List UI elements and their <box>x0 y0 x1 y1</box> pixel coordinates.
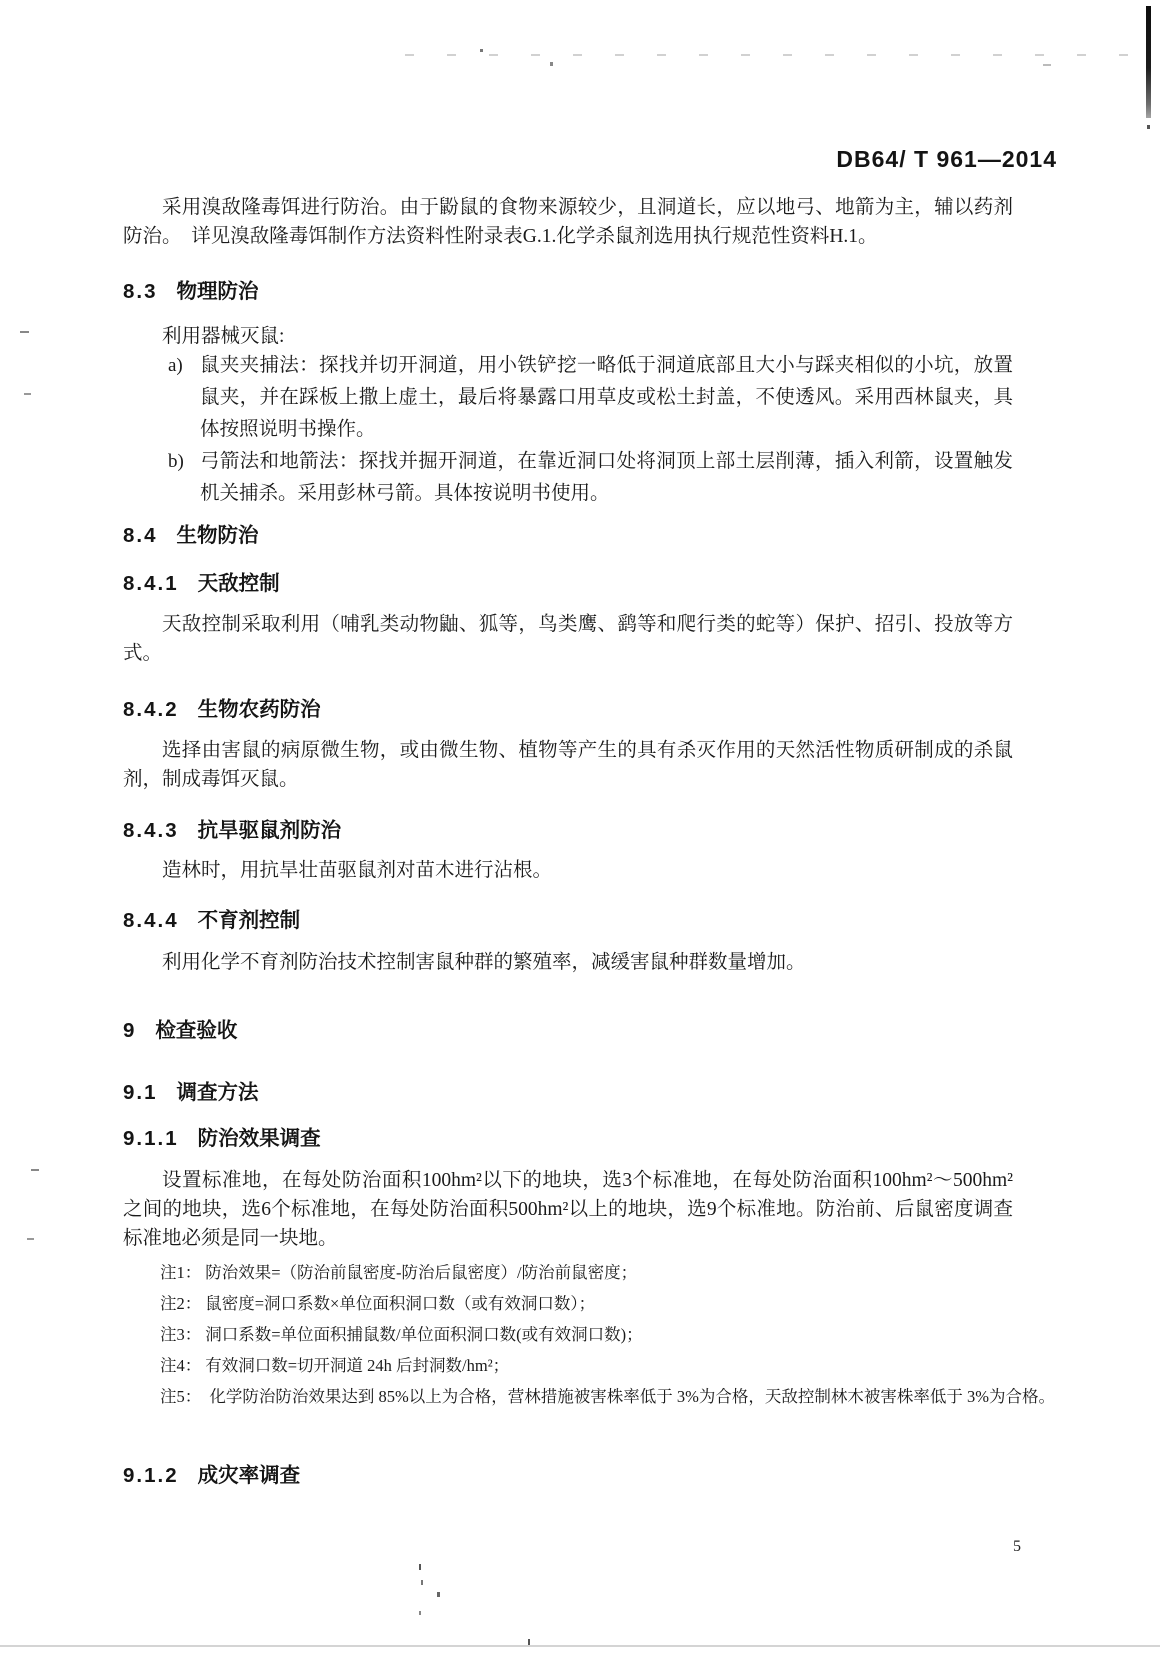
scan-speck <box>419 1611 421 1615</box>
scan-speck <box>1147 125 1150 129</box>
note-label: 注1： <box>160 1263 201 1282</box>
scan-speck <box>528 1639 530 1645</box>
heading-title: 调查方法 <box>177 1081 259 1104</box>
heading-number: 8.4.3 <box>123 819 179 842</box>
scan-speck <box>20 331 29 333</box>
scan-dashed-line <box>405 54 1147 56</box>
paragraph-mechanical-lead: 利用器械灭鼠: <box>123 322 1013 351</box>
section-heading-8-4-2: 8.4.2生物农药防治 <box>123 692 1013 722</box>
note-label: 注3： <box>160 1325 201 1344</box>
list-item-text: 鼠夹夹捕法：探找并切开洞道，用小铁铲挖一略低于洞道底部且大小与踩夹相似的小坑，放… <box>200 355 1013 440</box>
scanned-document-page: DB64/ T 961—2014 采用溴敌隆毒饵进行防治。由于鼢鼠的食物来源较少… <box>0 0 1160 1661</box>
note-label: 注4： <box>160 1356 201 1375</box>
note-4: 注4：有效洞口数=切开洞道 24h 后封洞数/hm²； <box>160 1355 1060 1376</box>
notes-block: 注1：防治效果=（防治前鼠密度-防治后鼠密度）/防治前鼠密度； 注2：鼠密度=洞… <box>160 1262 1060 1417</box>
note-text: 化学防治防治效果达到 85%以上为合格，营林措施被害株率低于 3%为合格，天敌控… <box>205 1387 1055 1406</box>
heading-number: 8.4 <box>123 524 158 547</box>
heading-number: 9.1.1 <box>123 1127 179 1150</box>
scan-speck <box>24 393 31 395</box>
section-heading-9-1-1: 9.1.1防治效果调查 <box>123 1121 1013 1151</box>
section-heading-8-4: 8.4生物防治 <box>123 518 1013 548</box>
heading-title: 生物防治 <box>177 524 259 547</box>
section-heading-9-1: 9.1调查方法 <box>123 1075 1013 1105</box>
heading-number: 8.4.4 <box>123 909 179 932</box>
paragraph-8-4-4: 利用化学不育剂防治技术控制害鼠种群的繁殖率，减缓害鼠种群数量增加。 <box>123 948 1013 977</box>
heading-title: 天敌控制 <box>198 572 280 595</box>
heading-title: 检查验收 <box>155 1019 237 1042</box>
paragraph-8-4-2: 选择由害鼠的病原微生物，或由微生物、植物等产生的具有杀灭作用的天然活性物质研制成… <box>123 736 1013 794</box>
note-label: 注5： <box>160 1387 201 1406</box>
scan-speck <box>419 1564 421 1570</box>
heading-number: 9.1 <box>123 1081 158 1104</box>
note-5: 注5： 化学防治防治效果达到 85%以上为合格，营林措施被害株率低于 3%为合格… <box>160 1386 1060 1407</box>
page-number: 5 <box>1002 1538 1032 1556</box>
list-marker: b) <box>168 446 184 478</box>
paragraph-intro: 采用溴敌隆毒饵进行防治。由于鼢鼠的食物来源较少，且洞道长，应以地弓、地箭为主，辅… <box>123 193 1013 251</box>
list-item-b: b) 弓箭法和地箭法：探找并掘开洞道，在靠近洞口处将洞顶上部土层削薄，插入利箭，… <box>123 446 1013 510</box>
scan-speck <box>421 1580 423 1585</box>
scan-speck <box>437 1592 440 1597</box>
heading-title: 物理防治 <box>177 280 259 303</box>
section-heading-8-4-1: 8.4.1天敌控制 <box>123 566 1013 596</box>
heading-title: 生物农药防治 <box>198 698 321 721</box>
note-label: 注2： <box>160 1294 201 1313</box>
heading-number: 9 <box>123 1019 136 1042</box>
note-text: 有效洞口数=切开洞道 24h 后封洞数/hm²； <box>205 1356 509 1375</box>
section-heading-8-3: 8.3物理防治 <box>123 274 1013 304</box>
note-text: 洞口系数=单位面积捕鼠数/单位面积洞口数(或有效洞口数)； <box>205 1325 642 1344</box>
section-heading-8-4-3: 8.4.3抗旱驱鼠剂防治 <box>123 813 1013 843</box>
section-heading-9-1-2: 9.1.2成灾率调查 <box>123 1458 1013 1488</box>
list-item-a: a) 鼠夹夹捕法：探找并切开洞道，用小铁铲挖一略低于洞道底部且大小与踩夹相似的小… <box>123 350 1013 446</box>
paragraph-8-4-1: 天敌控制采取利用（哺乳类动物鼬、狐等，鸟类鹰、鹞等和爬行类的蛇等）保护、招引、投… <box>123 610 1013 668</box>
scan-speck <box>31 1169 39 1171</box>
heading-title: 不育剂控制 <box>198 909 301 932</box>
heading-title: 抗旱驱鼠剂防治 <box>198 819 342 842</box>
note-text: 防治效果=（防治前鼠密度-防治后鼠密度）/防治前鼠密度； <box>205 1263 637 1282</box>
heading-number: 8.3 <box>123 280 158 303</box>
scan-speck <box>550 62 553 66</box>
heading-title: 防治效果调查 <box>198 1127 321 1150</box>
list-item-text: 弓箭法和地箭法：探找并掘开洞道，在靠近洞口处将洞顶上部土层削薄，插入利箭，设置触… <box>200 451 1013 504</box>
list-marker: a) <box>168 350 183 382</box>
standard-code: DB64/ T 961—2014 <box>0 146 1057 173</box>
note-3: 注3：洞口系数=单位面积捕鼠数/单位面积洞口数(或有效洞口数)； <box>160 1324 1060 1345</box>
scan-speck <box>480 49 483 52</box>
heading-title: 成灾率调查 <box>198 1464 301 1487</box>
heading-number: 8.4.2 <box>123 698 179 721</box>
note-text: 鼠密度=洞口系数×单位面积洞口数（或有效洞口数）； <box>205 1294 595 1313</box>
note-1: 注1：防治效果=（防治前鼠密度-防治后鼠密度）/防治前鼠密度； <box>160 1262 1060 1283</box>
scan-speck <box>1043 64 1051 66</box>
paragraph-9-1-1: 设置标准地，在每处防治面积100hm²以下的地块，选3个标准地，在每处防治面积1… <box>123 1166 1013 1253</box>
section-heading-9: 9检查验收 <box>123 1013 1013 1043</box>
scan-bottom-edge-line <box>0 1645 1160 1647</box>
heading-number: 9.1.2 <box>123 1464 179 1487</box>
paragraph-8-4-3: 造林时，用抗旱壮苗驱鼠剂对苗木进行沾根。 <box>123 856 1013 885</box>
heading-number: 8.4.1 <box>123 572 179 595</box>
note-2: 注2：鼠密度=洞口系数×单位面积洞口数（或有效洞口数）； <box>160 1293 1060 1314</box>
scan-binding-edge-mark <box>1146 6 1151 118</box>
scan-speck <box>27 1238 34 1240</box>
section-heading-8-4-4: 8.4.4不育剂控制 <box>123 903 1013 933</box>
